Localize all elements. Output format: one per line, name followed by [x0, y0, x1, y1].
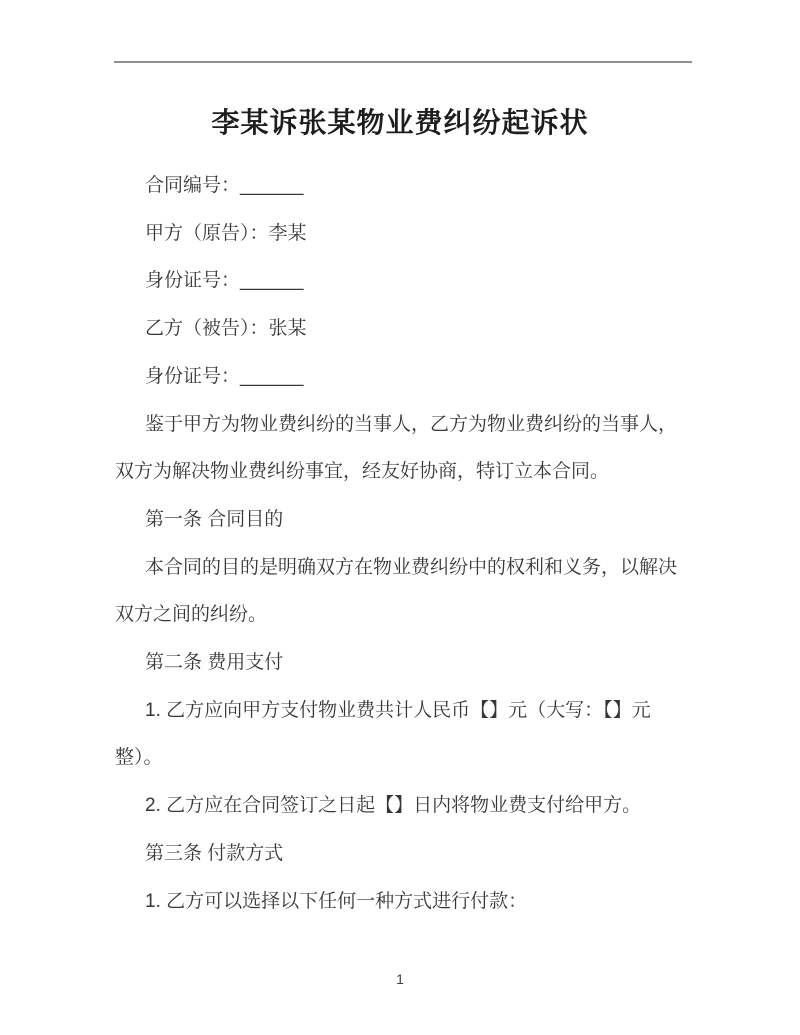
document-title: 李某诉张某物业费纠纷起诉状 — [0, 101, 800, 141]
party-a-id-line: 身份证号：______ — [115, 257, 682, 305]
article-2-heading: 第二条 费用支付 — [115, 639, 682, 687]
party-b-id-line: 身份证号：______ — [115, 353, 682, 401]
article-3-clause-1: 1. 乙方可以选择以下任何一种方式进行付款： — [115, 878, 682, 926]
document-page: 李某诉张某物业费纠纷起诉状 合同编号：______ 甲方（原告）：李某 身份证号… — [0, 0, 800, 1035]
header-divider — [114, 61, 692, 63]
article-2-clause-2: 2. 乙方应在合同签订之日起【】日内将物业费支付给甲方。 — [115, 782, 682, 830]
party-a-line: 甲方（原告）：李某 — [115, 210, 682, 258]
article-1-body: 本合同的目的是明确双方在物业费纠纷中的权利和义务，以解决双方之间的纠纷。 — [115, 544, 682, 639]
article-2-clause-1: 1. 乙方应向甲方支付物业费共计人民币【】元（大写：【】元整）。 — [115, 687, 682, 782]
page-number: 1 — [0, 971, 800, 987]
preamble-paragraph: 鉴于甲方为物业费纠纷的当事人，乙方为物业费纠纷的当事人，双方为解决物业费纠纷事宜… — [115, 401, 682, 496]
party-b-line: 乙方（被告）：张某 — [115, 305, 682, 353]
contract-number-line: 合同编号：______ — [115, 162, 682, 210]
document-body: 合同编号：______ 甲方（原告）：李某 身份证号：______ 乙方（被告）… — [115, 162, 682, 925]
article-3-heading: 第三条 付款方式 — [115, 830, 682, 878]
article-1-heading: 第一条 合同目的 — [115, 496, 682, 544]
